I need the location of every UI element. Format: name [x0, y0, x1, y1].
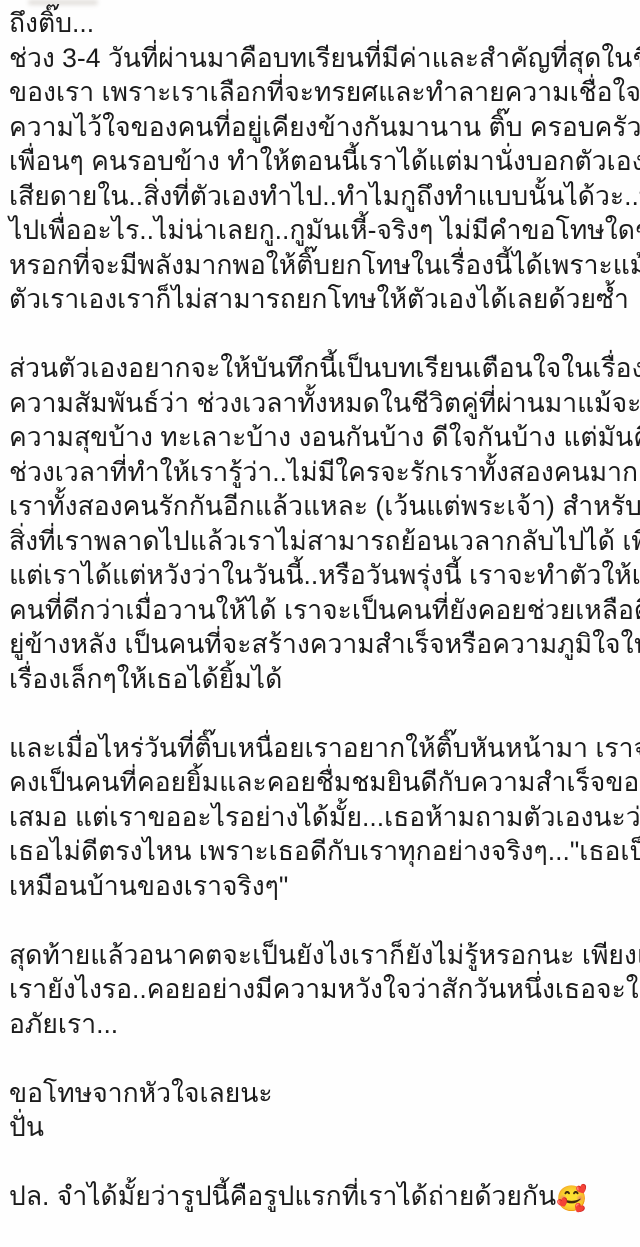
text-line: ช่วงเวลาที่ทำให้เรารู้ว่า..ไม่มีใครจะรัก… [9, 455, 636, 490]
paragraph-apology-signoff: ขอโทษจากหัวใจเลยนะปั่น [9, 1076, 636, 1145]
text-line: เพื่อนๆ คนรอบข้าง ทำให้ตอนนี้เราได้แต่มา… [9, 144, 636, 179]
text-line: เสมอ แต่เราขออะไรอย่างได้มั้ย...เธอห้ามถ… [9, 800, 636, 835]
text-line: หรอกที่จะมีพลังมากพอให้ติ๊บยกโทษในเรื่อง… [9, 248, 636, 283]
text-line: เราทั้งสองคนรักกันอีกแล้วแหละ (เว้นแต่พร… [9, 489, 636, 524]
text-line: ถึงติ๊บ... [9, 6, 636, 41]
text-line: แต่เราได้แต่หวังว่าในวันนี้..หรือวันพรุ่… [9, 558, 636, 593]
text-line: ความสัมพันธ์ว่า ช่วงเวลาทั้งหมดในชีวิตคู… [9, 386, 636, 421]
text-line: ปล. จำได้มั้ยว่ารูปนี้คือรูปแรกที่เราได้… [9, 1179, 636, 1214]
text-line: คนที่ดีกว่าเมื่อวานให้ได้ เราจะเป็นคนที่… [9, 593, 636, 628]
text-line: สิ่งที่เราพลาดไปแล้วเราไม่สามารถย้อนเวลา… [9, 524, 636, 559]
paragraph-postscript: ปล. จำได้มั้ยว่ารูปนี้คือรูปแรกที่เราได้… [9, 1179, 636, 1214]
text-line: สุดท้ายแล้วอนาคตจะเป็นยังไงเราก็ยังไม่รู… [9, 938, 636, 973]
text-line: ช่วง 3-4 วันที่ผ่านมาคือบทเรียนที่มีค่าแ… [9, 41, 636, 76]
paragraph-lesson-reflection: ส่วนตัวเองอยากจะให้บันทึกนี้เป็นบทเรียนเ… [9, 351, 636, 696]
cropped-text-remnant [28, 0, 98, 5]
paragraph-greeting-and-opening: ถึงติ๊บ...ช่วง 3-4 วันที่ผ่านมาคือบทเรีย… [9, 6, 636, 317]
letter-body: ถึงติ๊บ...ช่วง 3-4 วันที่ผ่านมาคือบทเรีย… [9, 6, 636, 1214]
text-line: เสียดายใน..สิ่งที่ตัวเองทำไป..ทำไมกูถึงท… [9, 179, 636, 214]
text-line: เธอไม่ดีตรงไหน เพราะเธอดีกับเราทุกอย่างจ… [9, 834, 636, 869]
text-line: ตัวเราเองเราก็ไม่สามารถยกโทษให้ตัวเองได้… [9, 282, 636, 317]
text-line: เหมือนบ้านของเราจริงๆ" [9, 869, 636, 904]
smiling-face-with-hearts-emoji: 🥰 [556, 1185, 587, 1213]
text-line: เรายังไงรอ..คอยอย่างมีความหวังใจว่าสักวั… [9, 972, 636, 1007]
text-line: ส่วนตัวเองอยากจะให้บันทึกนี้เป็นบทเรียนเ… [9, 351, 636, 386]
text-line: ไปเพื่ออะไร..ไม่น่าเลยกู..กูมันเหี้-จริง… [9, 213, 636, 248]
text-line: ความไว้ใจของคนที่อยู่เคียงข้างกันมานาน ต… [9, 110, 636, 145]
text-line: ของเรา เพราะเราเลือกที่จะทรยศและทำลายควา… [9, 75, 636, 110]
text-line: คงเป็นคนที่คอยยิ้มและคอยชื่มชมยินดีกับคว… [9, 765, 636, 800]
text-line: อภัยเรา... [9, 1007, 636, 1042]
text-line: ปั่น [9, 1110, 636, 1145]
text-line: และเมื่อไหร่วันที่ติ๊บเหนื่อยเราอยากให้ต… [9, 731, 636, 766]
text-line: ขอโทษจากหัวใจเลยนะ [9, 1076, 636, 1111]
paragraph-promise: และเมื่อไหร่วันที่ติ๊บเหนื่อยเราอยากให้ต… [9, 731, 636, 904]
text-line: เรื่องเล็กๆให้เธอได้ยิ้มได้ [9, 662, 636, 697]
text-line: ความสุขบ้าง ทะเลาะบ้าง งอนกันบ้าง ดีใจกั… [9, 420, 636, 455]
text-line: ยู่ข้างหลัง เป็นคนที่จะสร้างความสำเร็จหร… [9, 627, 636, 662]
paragraph-hope-for-future: สุดท้ายแล้วอนาคตจะเป็นยังไงเราก็ยังไม่รู… [9, 938, 636, 1042]
